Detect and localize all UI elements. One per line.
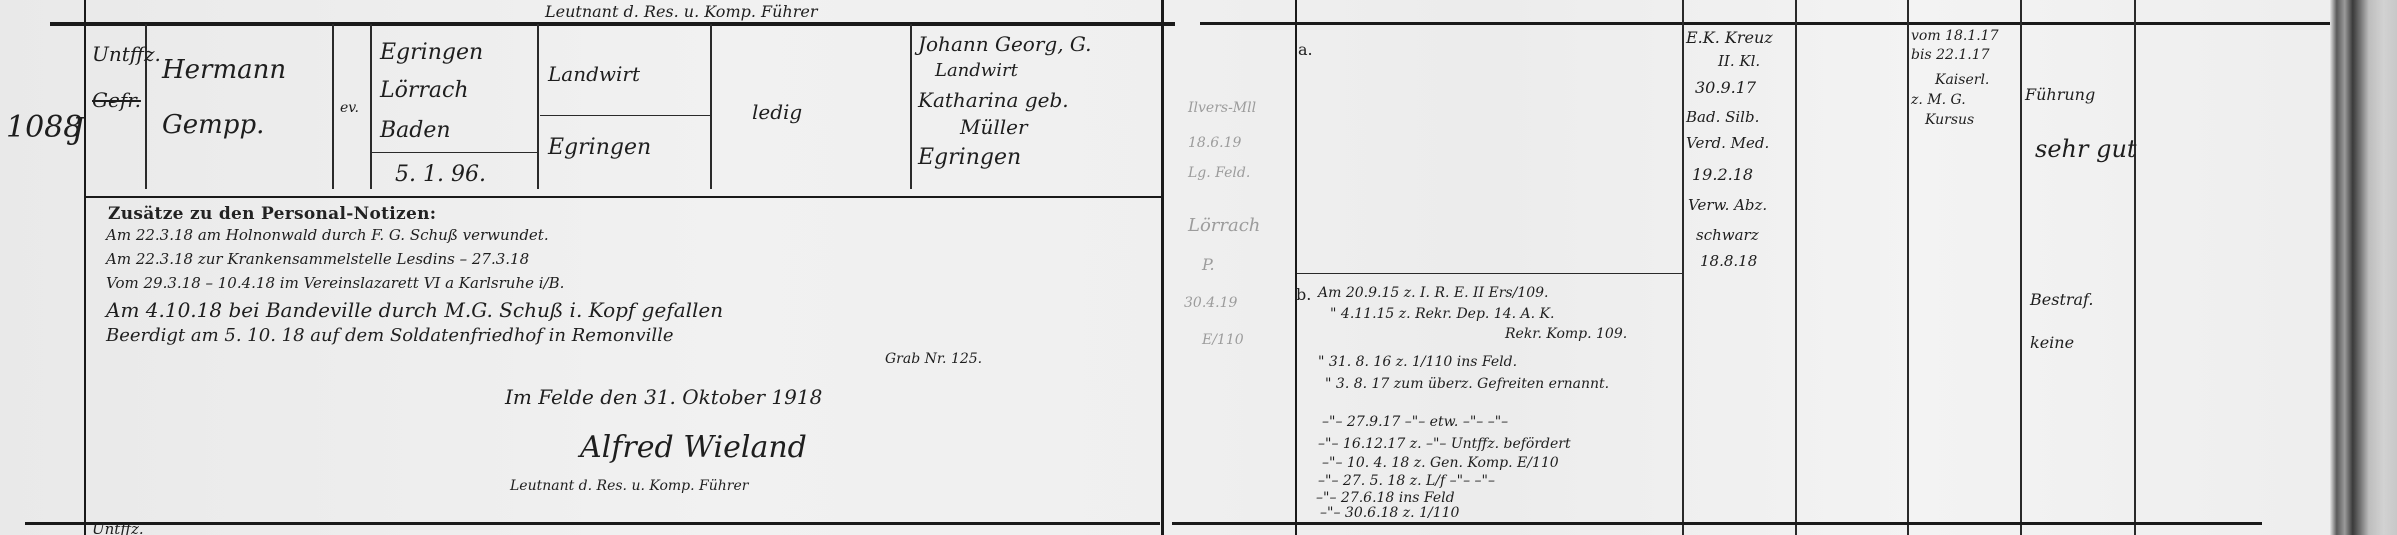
column-divider bbox=[1295, 0, 1297, 535]
entry-prefix: " bbox=[1318, 354, 1324, 370]
birthplace-line-2: Lörrach bbox=[380, 78, 469, 103]
header-rule-left bbox=[50, 22, 1175, 26]
entry-text: z. 1/110 bbox=[1403, 505, 1460, 521]
column-divider bbox=[710, 24, 712, 189]
entry-date: 16.12.17 bbox=[1343, 436, 1405, 452]
signer-title: Leutnant d. Res. u. Komp. Führer bbox=[510, 478, 748, 494]
parents-line-4: Müller bbox=[960, 115, 1028, 139]
birthplace-date-rule bbox=[372, 152, 537, 153]
parents-line-2: Landwirt bbox=[935, 60, 1018, 81]
decoration-line: 30.9.17 bbox=[1695, 78, 1756, 97]
surname: Gempp. bbox=[162, 110, 264, 140]
campaign-entry: –"– 30.6.18 z. 1/110 bbox=[1320, 505, 1459, 521]
section-a-label: a. bbox=[1298, 40, 1313, 59]
entry-text: z. –"– Untffz. befördert bbox=[1410, 436, 1571, 452]
column-divider bbox=[910, 24, 912, 189]
margin-note: Ilvers-Mll bbox=[1188, 100, 1256, 116]
column-divider bbox=[84, 0, 86, 535]
entry-date: 4.11.15 bbox=[1341, 306, 1394, 322]
book-binding bbox=[2330, 0, 2397, 535]
notes-heading: Zusätze zu den Personal-Notizen: bbox=[108, 204, 436, 224]
place-and-date: Im Felde den 31. Oktober 1918 bbox=[505, 385, 822, 409]
decoration-line: E.K. Kreuz bbox=[1686, 28, 1773, 47]
religion: ev. bbox=[340, 100, 359, 116]
decoration-line: 18.8.18 bbox=[1700, 252, 1757, 270]
punishments-value: keine bbox=[2030, 333, 2074, 352]
entry-text: ins Feld bbox=[1399, 490, 1455, 506]
entry-text: Rekr. Komp. 109. bbox=[1505, 326, 1627, 342]
decoration-line: Verw. Abz. bbox=[1688, 196, 1767, 214]
entry-text: z. Rekr. Dep. 14. A. K. bbox=[1399, 306, 1555, 322]
birth-date: 5. 1. 96. bbox=[395, 162, 486, 187]
margin-note: E/110 bbox=[1202, 332, 1244, 348]
campaign-entry: –"– 10. 4. 18 z. Gen. Komp. E/110 bbox=[1322, 455, 1559, 471]
entry-date: 10. 4. 18 bbox=[1347, 455, 1409, 471]
column-divider bbox=[370, 24, 372, 189]
note-grave-number: Grab Nr. 125. bbox=[885, 351, 982, 367]
campaign-entry: " 31. 8. 16 z. 1/110 ins Feld. bbox=[1318, 354, 1517, 370]
entry-prefix: –"– bbox=[1318, 473, 1338, 489]
notes-top-rule bbox=[86, 196, 1161, 198]
decoration-line: schwarz bbox=[1696, 226, 1759, 244]
column-divider bbox=[1795, 0, 1797, 535]
conduct-value: sehr gut bbox=[2035, 135, 2137, 163]
campaign-entry: –"– 16.12.17 z. –"– Untffz. befördert bbox=[1318, 436, 1571, 452]
decoration-line: Bad. Silb. bbox=[1686, 108, 1759, 126]
margin-note: Lg. Feld. bbox=[1188, 165, 1250, 181]
parents-line-5: Egringen bbox=[918, 145, 1021, 170]
marital-status: ledig bbox=[752, 100, 802, 124]
decoration-line: 19.2.18 bbox=[1692, 165, 1753, 184]
margin-note: Lörrach bbox=[1188, 215, 1260, 236]
entry-date: 27.9.17 bbox=[1347, 414, 1400, 430]
next-entry-rank-fragment: Untffz. bbox=[92, 520, 144, 535]
entry-date: 20.9.15 bbox=[1346, 285, 1399, 301]
entry-prefix: –"– bbox=[1322, 455, 1342, 471]
birthplace-line-1: Egringen bbox=[380, 40, 483, 65]
note-line: Am 22.3.18 am Holnonwald durch F. G. Sch… bbox=[106, 226, 549, 244]
leave-line: z. M. G. bbox=[1911, 92, 1966, 108]
campaign-entry: –"– 27.6.18 ins Feld bbox=[1316, 490, 1455, 506]
leave-line: Kursus bbox=[1925, 112, 1974, 128]
leave-line: Kaiserl. bbox=[1935, 72, 1989, 88]
note-line: Beerdigt am 5. 10. 18 auf dem Soldatenfr… bbox=[106, 325, 674, 346]
leave-line: vom 18.1.17 bbox=[1911, 28, 1999, 44]
entry-number: 1088 bbox=[6, 110, 82, 145]
margin-note: 18.6.19 bbox=[1188, 135, 1241, 151]
birthplace-line-3: Baden bbox=[380, 118, 451, 143]
campaign-entry: Rekr. Komp. 109. bbox=[1505, 326, 1627, 342]
entry-prefix: –"– bbox=[1318, 436, 1338, 452]
entry-prefix: –"– bbox=[1320, 505, 1340, 521]
note-line: Am 22.3.18 zur Krankensammelstelle Lesdi… bbox=[106, 250, 529, 268]
register-page: Leutnant d. Res. u. Komp. Führer 1088 Un… bbox=[0, 0, 2397, 535]
entry-prefix: Am bbox=[1318, 285, 1341, 301]
entry-bottom-rule bbox=[25, 522, 1160, 525]
rank: Untffz. bbox=[92, 42, 161, 66]
parents-line-1: Johann Georg, G. bbox=[918, 32, 1092, 56]
entry-date: 31. 8. 16 bbox=[1329, 354, 1391, 370]
signature: Alfred Wieland bbox=[580, 430, 807, 465]
entry-text: zum überz. Gefreiten ernannt. bbox=[1394, 376, 1609, 392]
leave-line: bis 22.1.17 bbox=[1911, 47, 1990, 63]
margin-note: 30.4.19 bbox=[1184, 295, 1237, 311]
entry-text: z. L/f –"– –"– bbox=[1410, 473, 1495, 489]
entry-text: z. 1/110 ins Feld. bbox=[1396, 354, 1517, 370]
campaign-entry: " 3. 8. 17 zum überz. Gefreiten ernannt. bbox=[1325, 376, 1609, 392]
campaign-entry: –"– 27. 5. 18 z. L/f –"– –"– bbox=[1318, 473, 1495, 489]
parents-line-3: Katharina geb. bbox=[918, 88, 1069, 112]
column-divider bbox=[332, 24, 334, 189]
campaign-entry: –"– 27.9.17 –"– etw. –"– –"– bbox=[1322, 414, 1508, 430]
column-divider bbox=[2020, 0, 2022, 535]
note-line: Vom 29.3.18 – 10.4.18 im Vereinslazarett… bbox=[106, 274, 564, 292]
margin-note: P. bbox=[1202, 255, 1215, 274]
section-a-b-rule bbox=[1297, 273, 1682, 274]
entry-prefix: –"– bbox=[1316, 490, 1336, 506]
first-name: Hermann bbox=[162, 55, 286, 85]
decoration-line: Verd. Med. bbox=[1686, 134, 1769, 152]
entry-date: 30.6.18 bbox=[1345, 505, 1398, 521]
section-b-label: b. bbox=[1296, 285, 1311, 304]
note-line: Am 4.10.18 bei Bandeville durch M.G. Sch… bbox=[106, 298, 723, 322]
entry-date: 27.6.18 bbox=[1341, 490, 1394, 506]
rank-struck: Gefr. bbox=[92, 88, 141, 112]
entry-date: 27. 5. 18 bbox=[1343, 473, 1405, 489]
entry-bottom-rule-right bbox=[1172, 522, 2262, 525]
rank-initial: J bbox=[72, 112, 84, 147]
column-divider bbox=[2134, 0, 2136, 535]
entry-prefix: " bbox=[1325, 376, 1331, 392]
column-divider bbox=[1682, 0, 1684, 535]
column-divider bbox=[1907, 0, 1909, 535]
occupation-residence-rule bbox=[540, 115, 710, 116]
entry-date: 3. 8. 17 bbox=[1336, 376, 1389, 392]
entry-text: z. Gen. Komp. E/110 bbox=[1414, 455, 1559, 471]
header-rule-right bbox=[1200, 22, 2330, 25]
campaign-entry: Am 20.9.15 z. I. R. E. II Ers/109. bbox=[1318, 285, 1549, 301]
occupation: Landwirt bbox=[548, 62, 640, 86]
punishments-label: Bestraf. bbox=[2030, 290, 2094, 309]
entry-prefix: –"– bbox=[1322, 414, 1342, 430]
conduct-label: Führung bbox=[2025, 85, 2095, 104]
previous-entry-signer-title: Leutnant d. Res. u. Komp. Führer bbox=[545, 2, 818, 21]
campaign-entry: " 4.11.15 z. Rekr. Dep. 14. A. K. bbox=[1330, 306, 1554, 322]
decoration-line: II. Kl. bbox=[1718, 52, 1760, 70]
entry-text: z. I. R. E. II Ers/109. bbox=[1404, 285, 1549, 301]
residence: Egringen bbox=[548, 135, 651, 160]
entry-text: –"– etw. –"– –"– bbox=[1405, 414, 1508, 430]
entry-prefix: " bbox=[1330, 306, 1336, 322]
page-edge-divider bbox=[1161, 0, 1164, 535]
column-divider bbox=[537, 24, 539, 189]
